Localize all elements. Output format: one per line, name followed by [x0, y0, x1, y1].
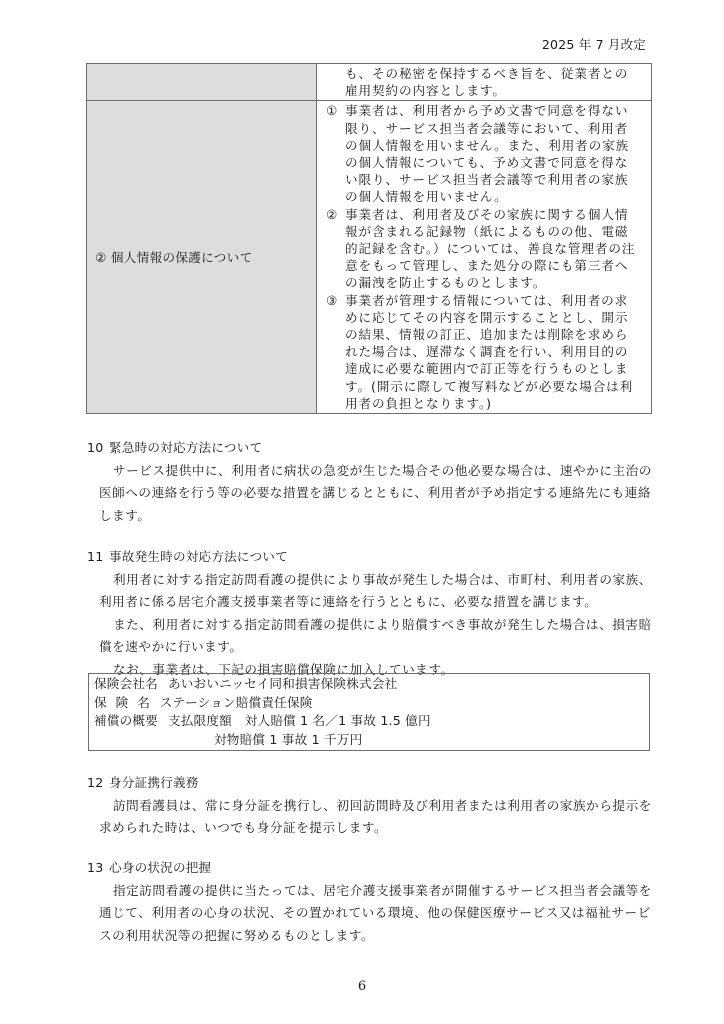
continuation-line: も、その秘密を保持するべき旨を、従業者との — [326, 65, 643, 82]
insurance-info-box: 保険会社名あいおいニッセイ同和損害保険株式会社 保険名ステーション賠償責任保険 … — [88, 673, 650, 751]
list-item: ② 事業者は、利用者及びその家族に関する個人情 報が含まれる記録物（紙によるもの… — [326, 206, 643, 292]
item-line: 限り、サービス担当者会議等において、利用者 — [345, 120, 643, 137]
section-paragraph: 利用者に対する指定訪問看護の提供により事故が発生した場合は、市町村、利用者の家族… — [87, 569, 653, 614]
item-line: の個人情報についても、予め文書で同意を得な — [345, 154, 643, 171]
section-heading: 11事故発生時の対応方法について — [87, 546, 653, 569]
table-row: も、その秘密を保持するべき旨を、従業者との 雇用契約の内容とします。 — [87, 64, 652, 101]
section-id-card: 12身分証携行義務 訪問看護員は、常に身分証を携行し、初回訪問時及び利用者または… — [87, 772, 653, 840]
insurance-name-label: 保険名 — [94, 694, 159, 713]
table-content-cell: も、その秘密を保持するべき旨を、従業者との 雇用契約の内容とします。 — [317, 64, 652, 101]
item-line: 意をもって管理し、また処分の際にも第三者へ — [345, 257, 643, 274]
list-item: ① 事業者は、利用者から予め文書で同意を得ない 限り、サービス担当者会議等におい… — [326, 102, 643, 205]
section-paragraph: 指定訪問看護の提供に当たっては、居宅介護支援事業者が開催するサービス担当者会議等… — [87, 880, 653, 948]
insurance-name-row: 保険名ステーション賠償責任保険 — [94, 694, 649, 713]
insurance-name-value: ステーション賠償責任保険 — [160, 695, 313, 710]
section-number: 10 — [87, 437, 109, 460]
insurance-company-value: あいおいニッセイ同和損害保険株式会社 — [168, 676, 397, 691]
item-line: の結果、情報の訂正、追加または削除を求めら — [345, 326, 643, 343]
section-accident: 11事故発生時の対応方法について 利用者に対する指定訪問看護の提供により事故が発… — [87, 546, 653, 681]
item-line: 事業者は、利用者から予め文書で同意を得ない — [345, 102, 643, 119]
section-paragraph: また、利用者に対する指定訪問看護の提供により賠償すべき事故が発生した場合は、損害… — [87, 614, 653, 659]
section-number: 13 — [87, 857, 109, 880]
item-line: 事業者が管理する情報については、利用者の求 — [345, 292, 643, 309]
section-heading: 13心身の状況の把握 — [87, 857, 653, 880]
section-title: 心身の状況の把握 — [109, 860, 211, 875]
section-paragraph: サービス提供中に、利用者に病状の急変が生じた場合その他必要な場合は、速やかに主治… — [87, 460, 653, 528]
insurance-company-label: 保険会社名 — [94, 675, 158, 694]
item-number: ③ — [326, 292, 337, 309]
coverage-label: 補償の概要 — [94, 712, 158, 731]
section-title: 緊急時の対応方法について — [109, 440, 262, 455]
section-title: 身分証携行義務 — [109, 775, 199, 790]
list-item: ③ 事業者が管理する情報については、利用者の求 めに応じてその内容を開示すること… — [326, 292, 643, 412]
item-line: す。(開示に際して複写料などが必要な場合は利 — [345, 378, 643, 395]
item-line: の個人情報を用いません。また、利用者の家族 — [345, 137, 643, 154]
item-line: 用者の負担となります。) — [345, 395, 643, 412]
coverage-line-1: 支払限度額 対人賠償 1 名／1 事故 1.5 億円 — [168, 713, 431, 728]
coverage-line-2: 対物賠償 1 事故 1 千万円 — [214, 732, 362, 747]
section-heading: 12身分証携行義務 — [87, 772, 653, 795]
coverage-row-2: 対物賠償 1 事故 1 千万円 — [94, 731, 649, 750]
document-page: 2025 年 7 月改定 も、その秘密を保持するべき旨を、従業者との 雇用契約の… — [0, 0, 724, 1024]
section-emergency: 10緊急時の対応方法について サービス提供中に、利用者に病状の急変が生じた場合そ… — [87, 437, 653, 527]
section-paragraph: 訪問看護員は、常に身分証を携行し、初回訪問時及び利用者または利用者の家族から提示… — [87, 795, 653, 840]
section-condition-assessment: 13心身の状況の把握 指定訪問看護の提供に当たっては、居宅介護支援事業者が開催す… — [87, 857, 653, 947]
table-label-cell — [87, 64, 317, 101]
table-row: ② 個人情報の保護について ① 事業者は、利用者から予め文書で同意を得ない 限り… — [87, 101, 652, 414]
item-line: の漏洩を防止するものとします。 — [345, 274, 643, 291]
item-line: れた場合は、遅滞なく調査を行い、利用目的の — [345, 343, 643, 360]
insurance-company-row: 保険会社名あいおいニッセイ同和損害保険株式会社 — [94, 675, 649, 694]
item-line: めに応じてその内容を開示することとし、開示 — [345, 309, 643, 326]
item-number: ① — [326, 102, 337, 119]
coverage-row: 補償の概要支払限度額 対人賠償 1 名／1 事故 1.5 億円 — [94, 712, 649, 731]
table-label-cell: ② 個人情報の保護について — [87, 101, 317, 414]
privacy-table: も、その秘密を保持するべき旨を、従業者との 雇用契約の内容とします。 ② 個人情… — [86, 63, 652, 414]
continuation-line: 雇用契約の内容とします。 — [326, 82, 643, 99]
item-line: い限り、サービス担当者会議等で利用者の家族 — [345, 171, 643, 188]
item-line: 報が含まれる記録物（紙によるものの他、電磁 — [345, 223, 643, 240]
item-line: 的記録を含む。）については、善良な管理者の注 — [345, 240, 643, 257]
section-title: 事故発生時の対応方法について — [109, 549, 288, 564]
item-line: 達成に必要な範囲内で訂正等を行うものとしま — [345, 360, 643, 377]
privacy-protection-label: ② 個人情報の保護について — [87, 249, 316, 266]
item-number: ② — [326, 206, 337, 223]
section-number: 11 — [87, 546, 109, 569]
revision-date: 2025 年 7 月改定 — [542, 35, 646, 53]
section-number: 12 — [87, 772, 109, 795]
item-line: 事業者は、利用者及びその家族に関する個人情 — [345, 206, 643, 223]
section-heading: 10緊急時の対応方法について — [87, 437, 653, 460]
table-content-cell: ① 事業者は、利用者から予め文書で同意を得ない 限り、サービス担当者会議等におい… — [317, 101, 652, 414]
page-number: 6 — [0, 979, 724, 994]
item-line: の個人情報を用いません。 — [345, 188, 643, 205]
